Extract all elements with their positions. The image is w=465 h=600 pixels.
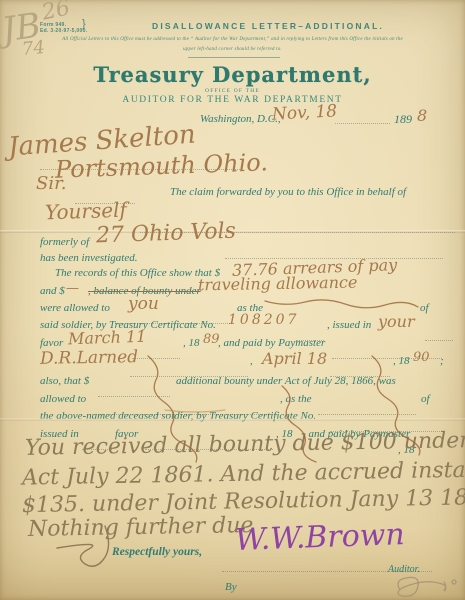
- date-blank-line: [335, 112, 390, 124]
- form-number-brace: }: [82, 21, 86, 27]
- also-that-label: also, that $: [40, 375, 89, 387]
- records-label: The records of this Office show that $: [55, 267, 220, 279]
- paid-year-written: 90: [413, 350, 430, 365]
- year-printed: 189: [394, 112, 412, 127]
- as-the2-blank: [318, 403, 416, 415]
- handwritten-date: Nov, 18: [272, 101, 338, 124]
- claimant: Yourself: [45, 198, 128, 225]
- allowed-value: you: [128, 294, 159, 314]
- office-of-the: OFFICE OF THE: [0, 88, 465, 94]
- favor-year-printed: , 18: [183, 337, 200, 349]
- issued-in-label: , issued in: [327, 319, 371, 331]
- favor-label: favor: [40, 337, 63, 349]
- as-the2-label: , as the: [280, 393, 311, 405]
- auditor-signature: W.W.Brown: [234, 517, 405, 558]
- auditor-title: Auditor.: [388, 564, 420, 575]
- addressee-city: Portsmouth Ohio.: [55, 148, 269, 183]
- crossout-as-the-dash: [265, 300, 418, 308]
- issued-in-value: your: [378, 312, 415, 331]
- favor-date: March 11: [68, 327, 147, 349]
- certificate-no: 108207: [228, 312, 299, 328]
- form-title: DISALLOWANCE LETTER–ADDITIONAL.: [152, 21, 384, 31]
- instruction-line2: upper left-hand corner should be referre…: [0, 47, 465, 52]
- claim-intro: The claim forwarded by you to this Offic…: [170, 186, 406, 198]
- issued-in-line: [425, 329, 453, 341]
- office-name: AUDITOR FOR THE WAR DEPARTMENT: [0, 95, 465, 105]
- and-label: and $: [40, 285, 65, 297]
- annotation-line4: Nothing further due: [28, 513, 254, 542]
- place-label: Washington, D.C.,: [200, 113, 281, 125]
- favor-blank: [132, 347, 180, 359]
- by-label: By: [225, 581, 237, 593]
- paid-date: April 18: [262, 349, 327, 368]
- investigated: has been investigated.: [40, 252, 137, 264]
- additional-bounty-text: additional bounty under Act of July 28, …: [176, 375, 396, 387]
- instruction-line1: All Official Letters to this Office must…: [0, 37, 465, 42]
- annotation-line2: Act July 22 1861. And the accrued instal…: [22, 456, 465, 490]
- by-blank-line: [243, 591, 425, 600]
- and-dash: —: [66, 281, 79, 296]
- paid-by-label: , and paid by Paymaster: [218, 337, 325, 349]
- year-written: 8: [417, 106, 427, 125]
- of2-label: of: [421, 393, 430, 405]
- paid-year-printed: , 18: [393, 355, 410, 367]
- form-number-block: Form 949. Ed. 3-20-97-5,000.: [40, 22, 87, 34]
- paymaster-name: D.R.Larned: [40, 347, 138, 369]
- disallowance-letter-document: JB 26 74 Form 949. Ed. 3-20-97-5,000. } …: [0, 0, 465, 600]
- salutation: Sir.: [36, 173, 66, 194]
- respectfully-yours: Respectfully yours,: [112, 546, 202, 558]
- allowed-to2-label: allowed to: [40, 393, 86, 405]
- of-label: of: [420, 302, 429, 314]
- paper-crease-bottom: [0, 418, 465, 421]
- paid-comma: ,: [250, 355, 253, 367]
- allowed-label: were allowed to: [40, 302, 110, 314]
- struck-replacement: traveling allowance: [198, 273, 358, 295]
- formerly-of-value: 27 Ohio Vols: [96, 219, 237, 249]
- header-divider: [188, 57, 280, 58]
- paid-semicolon: ;: [440, 355, 444, 367]
- department-title: Treasury Department,: [0, 62, 465, 87]
- formerly-of-label: formerly of: [40, 236, 89, 248]
- also-blank: [98, 385, 170, 397]
- form-number-line2: Ed. 3-20-97-5,000.: [40, 28, 87, 34]
